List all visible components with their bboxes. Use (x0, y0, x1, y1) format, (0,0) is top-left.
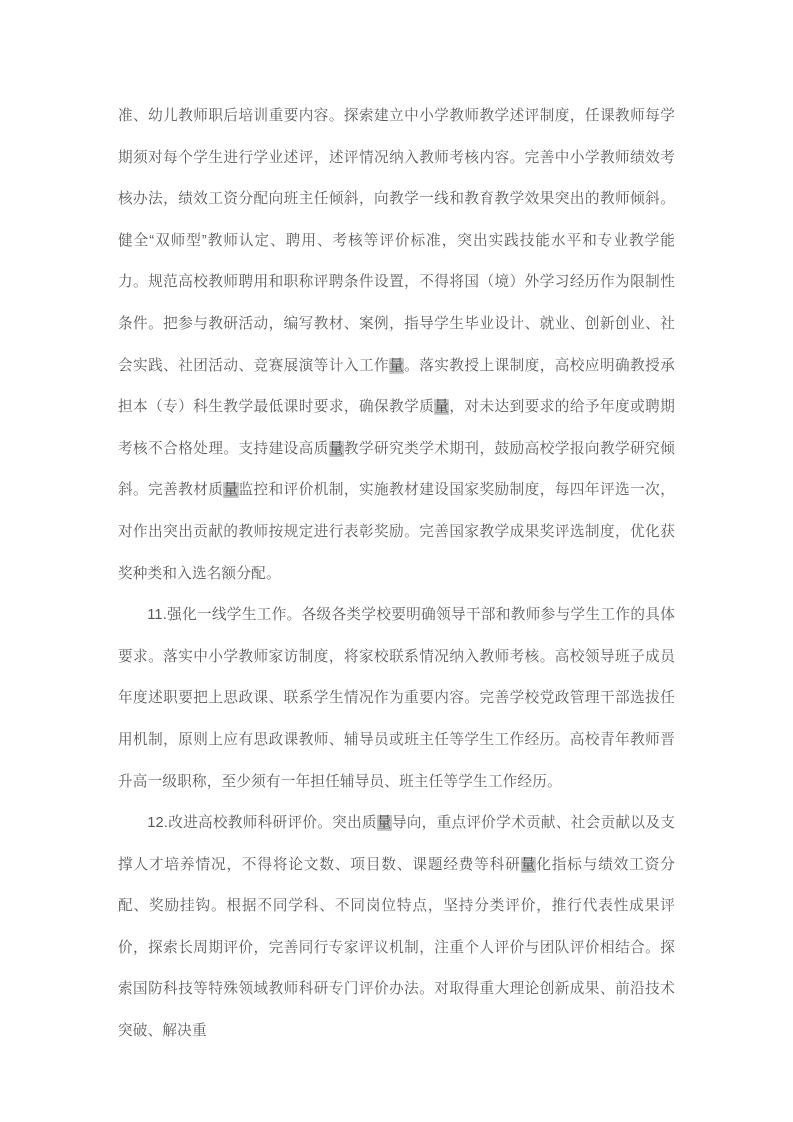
document-text: 准、幼儿教师职后培训重要内容。探索建立中小学教师教学述评制度，任课教师每学期须对… (118, 96, 675, 1053)
highlighted-term: 量 (521, 857, 537, 873)
highlighted-term: 量 (389, 358, 404, 374)
paragraph: 12.改进高校教师科研评价。突出质量导向，重点评价学术贡献、社会贡献以及支撑人才… (118, 803, 675, 1053)
highlighted-term: 量 (377, 815, 392, 831)
highlighted-term: 量 (434, 399, 449, 415)
paragraph: 准、幼儿教师职后培训重要内容。探索建立中小学教师教学述评制度，任课教师每学期须对… (118, 96, 675, 595)
document-page: 准、幼儿教师职后培训重要内容。探索建立中小学教师教学述评制度，任课教师每学期须对… (0, 0, 793, 1122)
paragraph: 11.强化一线学生工作。各级各类学校要明确领导干部和教师参与学生工作的具体要求。… (118, 595, 675, 803)
highlighted-term: 量 (223, 482, 238, 498)
document-viewer: { "page": { "background": "#ffffff", "te… (0, 0, 793, 1122)
highlighted-term: 量 (329, 441, 344, 457)
